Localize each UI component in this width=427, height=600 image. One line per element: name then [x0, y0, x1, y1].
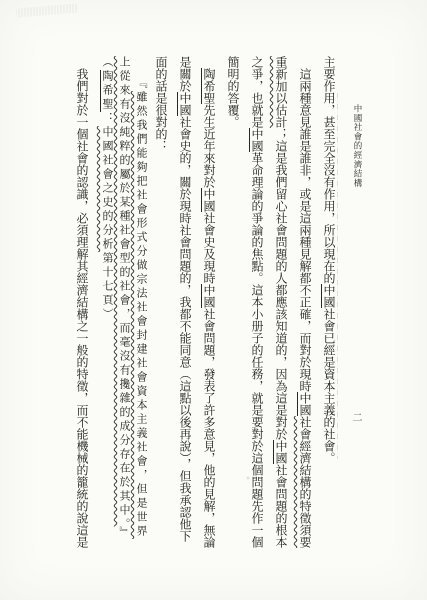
book-page: 中國社會的經濟結構 二 主要作用，甚至完全沒有作用，所以現在的中國社會已經是資本…: [0, 0, 427, 600]
block-quote: 『雖然我們能夠把社會形式分做宗法社會封建社會資本主義社會，但是世界上從來有沒純粹…: [98, 56, 149, 552]
paragraph-1: 主要作用，甚至完全沒有作用，所以現在的中國社會已經是資本主義的社會。: [317, 56, 341, 552]
running-head-title: 中國社會的經濟結構: [352, 104, 364, 188]
pencil-scribble: [16, 3, 79, 17]
paragraph-4: 我們對於一個社會的認識，必須理解其經濟結構之一般的特徵，而不能機械的籠統的說這是: [70, 56, 94, 552]
page-number: 二: [348, 412, 363, 422]
paragraph-2: 這兩種意見誰是誰非，或是這兩種見解都不正確，而對於現時中國社會經濟結構的特徵須要…: [221, 56, 317, 552]
text-body: 主要作用，甚至完全沒有作用，所以現在的中國社會已經是資本主義的社會。 這兩種意見…: [70, 56, 341, 552]
paragraph-3: 陶希聖先生近年來對於中國社會史及現時中國社會問題，發表了許多意見，他的見解，無論…: [149, 56, 221, 552]
